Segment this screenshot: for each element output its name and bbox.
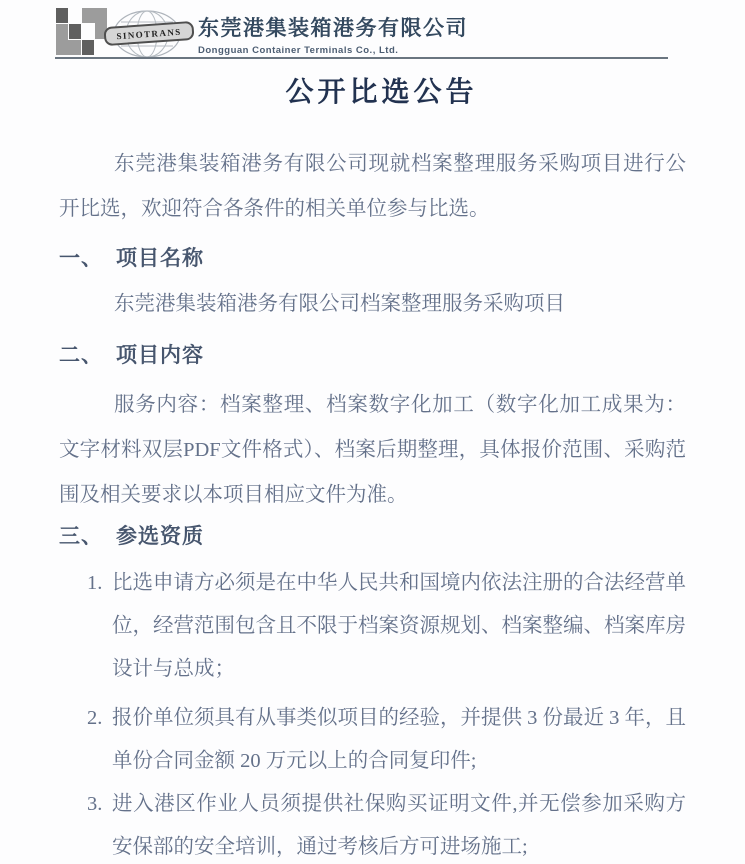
header-divider <box>55 57 668 59</box>
list-item-number: 1. <box>87 562 112 691</box>
list-item-text: 报价单位须具有从事类似项目的经验，并提供 3 份最近 3 年，且单份合同金额 2… <box>112 697 686 783</box>
section-2-paragraph: 服务内容：档案整理、档案数字化加工（数字化加工成果为：文字材料双层PDF文件格式… <box>59 383 686 518</box>
globe-icon: SINOTRANS <box>112 10 182 58</box>
list-item: 1. 比选申请方必须是在中华人民共和国境内依法注册的合法经营单位，经营范围包含且… <box>87 562 686 691</box>
section-number: 三、 <box>59 524 103 548</box>
qualification-list: 1. 比选申请方必须是在中华人民共和国境内依法注册的合法经营单位，经营范围包含且… <box>59 562 686 864</box>
section-number: 一、 <box>59 246 103 270</box>
document-page: SINOTRANS 东莞港集装箱港务有限公司 Dongguan Containe… <box>0 0 745 864</box>
company-name-en: Dongguan Container Terminals Co., Ltd. <box>198 45 468 56</box>
letterhead: SINOTRANS 东莞港集装箱港务有限公司 Dongguan Containe… <box>56 8 468 58</box>
section-title: 项目内容 <box>116 343 204 367</box>
list-item-number: 2. <box>87 697 112 783</box>
list-item-number: 3. <box>87 783 112 864</box>
page-title: 公开比选公告 <box>0 76 745 110</box>
company-name-cn: 东莞港集装箱港务有限公司 <box>198 12 468 42</box>
company-block: 东莞港集装箱港务有限公司 Dongguan Container Terminal… <box>198 8 468 56</box>
list-item: 2. 报价单位须具有从事类似项目的经验，并提供 3 份最近 3 年，且单份合同金… <box>87 697 686 783</box>
section-number: 二、 <box>59 343 103 367</box>
intro-paragraph: 东莞港集装箱港务有限公司现就档案整理服务采购项目进行公开比选，欢迎符合各条件的相… <box>59 142 686 232</box>
section-title: 参选资质 <box>116 524 204 548</box>
section-heading-2: 二、项目内容 <box>59 341 686 369</box>
list-item-text: 进入港区作业人员须提供社保购买证明文件,并无偿参加采购方安保部的安全培训，通过考… <box>112 783 686 864</box>
section-title: 项目名称 <box>116 246 204 270</box>
list-item-text: 比选申请方必须是在中华人民共和国境内依法注册的合法经营单位，经营范围包含且不限于… <box>112 562 686 691</box>
sinotrans-squares-icon <box>56 8 108 56</box>
section-heading-1: 一、项目名称 <box>59 244 686 272</box>
document-body: 东莞港集装箱港务有限公司现就档案整理服务采购项目进行公开比选，欢迎符合各条件的相… <box>59 142 686 864</box>
list-item: 3. 进入港区作业人员须提供社保购买证明文件,并无偿参加采购方安保部的安全培训，… <box>87 783 686 864</box>
section-heading-3: 三、参选资质 <box>59 522 686 550</box>
section-1-paragraph: 东莞港集装箱港务有限公司档案整理服务采购项目 <box>59 282 686 327</box>
